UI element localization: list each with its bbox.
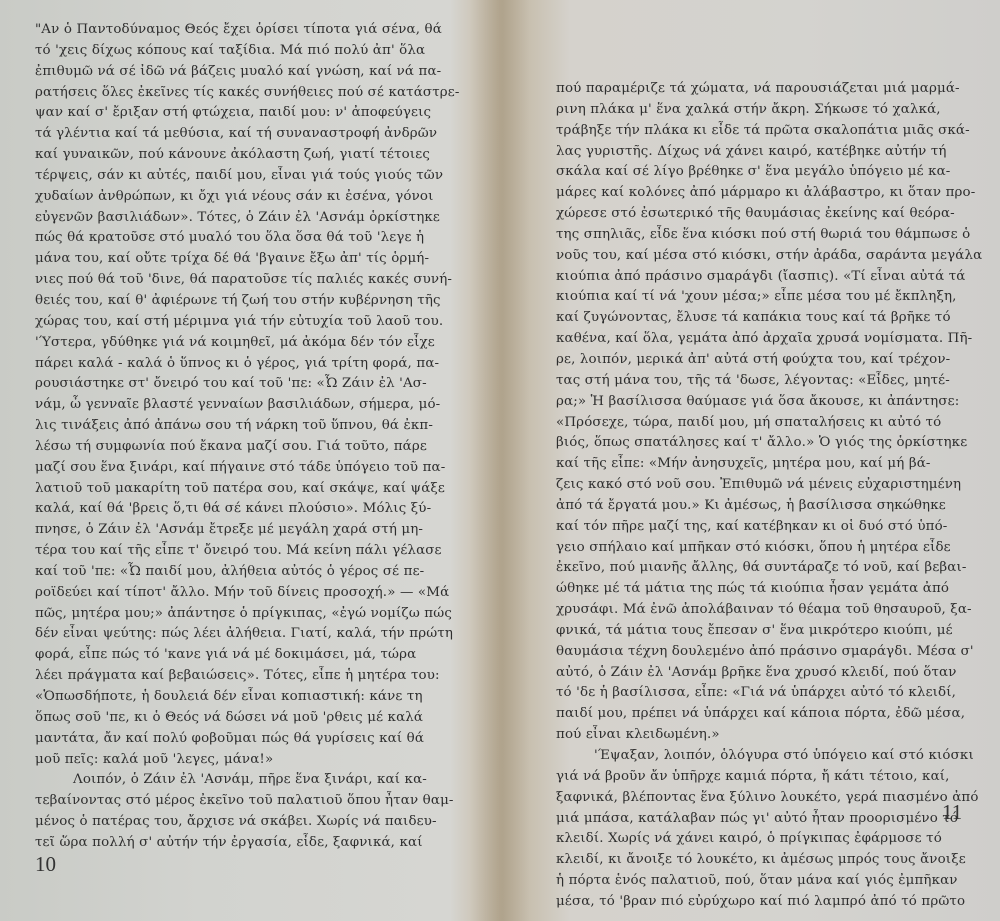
left-page-text: "Αν ὁ Παντοδύναμος Θεός ἔχει ὁρίσει τίπο… (35, 20, 475, 854)
text-line: «Πρόσεχε, τώρα, παιδί μου, μή σπαταλήσει… (556, 413, 984, 434)
text-line: κιούπια ἀπό πράσινο σμαράγδι (ἴασπις). «… (556, 267, 984, 288)
text-line: ώθηκε μέ τά μάτια της πώς τά κιούπια ἦσα… (556, 579, 984, 600)
text-line: ρατήσεις ὅλες ἐκεῖνες τίς κακές συνήθειε… (35, 83, 475, 104)
text-line: ἀπό τά ἔργατά μου.» Κι ἀμέσως, ἡ βασίλισ… (556, 496, 984, 517)
text-line: κιούπια καί τί νά 'χουν μέσα;» εἶπε μέσα… (556, 287, 984, 308)
text-line: θαυμάσια τέχνη δουλεμένο ἀπό πράσινο σμα… (556, 642, 984, 663)
text-line: καλά, καί θά 'βρεις ὅ,τι θά σέ κάνει πλο… (35, 499, 475, 520)
text-line: τέρψεις, σάν κι αὐτές, παιδί μου, εἶναι … (35, 166, 475, 187)
text-line: τέρα του καί τῆς εἶπε τ' ὄνειρό του. Μά … (35, 541, 475, 562)
text-line: καί τόν πῆρε μαζί της, καί κατέβηκαν κι … (556, 517, 984, 538)
text-line: φνικά, τά μάτια τους ἔπεσαν σ' ἕνα μικρό… (556, 621, 984, 642)
text-line: ἡ πόρτα ἑνός παλατιοῦ, πού, ὅταν μάνα κα… (556, 871, 984, 892)
text-line: τράβηξε τήν πλάκα κι εἶδε τά πρῶτα σκαλο… (556, 121, 984, 142)
text-line: 'Έψαξαν, λοιπόν, ὁλόγυρα στό ὑπόγειο καί… (556, 746, 984, 767)
text-line: μαντάτα, ἄν καί πολύ φοβοῦμαι πώς θά γυρ… (35, 729, 475, 750)
page-number-left: 10 (35, 852, 56, 877)
text-line: καθένα, καί ὅλα, γεμάτα ἀπό ἀρχαῖα χρυσά… (556, 329, 984, 350)
text-line: κλειδί. Χωρίς νά χάνει καιρό, ὁ πρίγκιπα… (556, 829, 984, 850)
text-line: λας γυριστῆς. Δίχως νά χάνει καιρό, κατέ… (556, 142, 984, 163)
text-line: μαζί σου ἕνα ξινάρι, καί πήγαινε στό τάδ… (35, 458, 475, 479)
text-line: μένος ὁ πατέρας του, ἄρχισε νά σκάβει. Χ… (35, 812, 475, 833)
text-line: χρυσάφι. Μά ἐνῶ ἀπολάβαιναν τό θέαμα τοῦ… (556, 600, 984, 621)
text-line: ἐκεῖνο, πού μιανῆς ἄλλης, θά συντάραζε τ… (556, 558, 984, 579)
text-line: τό 'χεις δίχως κόπους καί ταξίδια. Μά πι… (35, 41, 475, 62)
text-line: δέν εἶναι ψεύτης: πώς λέει ἀλήθεια. Γιατ… (35, 624, 475, 645)
text-line: ρουσιάστηκε στ' ὄνειρό του καί τοῦ 'πε: … (35, 374, 475, 395)
open-book-spread: "Αν ὁ Παντοδύναμος Θεός ἔχει ὁρίσει τίπο… (0, 0, 1000, 921)
text-line: λέει πράγματα καί βεβαιώσεις». Τότες, εἶ… (35, 666, 475, 687)
text-line: παιδί μου, πρέπει νά ὑπάρχει καί κάποια … (556, 704, 984, 725)
text-line: χώρας του, καί στή μέριμνα γιά τήν εὐτυχ… (35, 312, 475, 333)
text-line: ψαν καί σ' ἔριξαν στή φτώχεια, παιδί μου… (35, 103, 475, 124)
text-line: μάρες καί κολόνες ἀπό μάρμαρο κι ἀλάβαστ… (556, 183, 984, 204)
text-line: ρε, λοιπόν, μερικά ἀπ' αὐτά στή φούχτα τ… (556, 350, 984, 371)
text-line: κλειδί, κι ἄνοιξε τό λουκέτο, κι ἀμέσως … (556, 850, 984, 871)
text-line: λις τινάξεις ἀπό ἀπάνω σου τή νάρκη τοῦ … (35, 416, 475, 437)
right-page-text: πού παραμέριζε τά χώματα, νά παρουσιάζετ… (556, 79, 984, 913)
text-line: αὐτό, ὁ Ζάιν ἐλ 'Ασνάμ βρῆκε ἕνα χρυσό κ… (556, 663, 984, 684)
text-line: ἐπιθυμῶ νά σέ ἰδῶ νά βάζεις μυαλό καί γν… (35, 62, 475, 83)
text-line: πώς θά κρατοῦσε στό μυαλό του ὅλα ὅσα θά… (35, 228, 475, 249)
text-line: νοῦς του, καί μέσα στό κιόσκι, στήν ἀράδ… (556, 246, 984, 267)
text-line: γειο σπήλαιο καί μπῆκαν στό κιόσκι, ὅπου… (556, 538, 984, 559)
text-line: εὐγενῶν βασιλιάδων». Τότες, ὁ Ζάιν ἐλ 'Α… (35, 208, 475, 229)
text-line: πνησε, ὁ Ζάιν ἐλ 'Ασνάμ ἔτρεξε μέ μεγάλη… (35, 520, 475, 541)
text-line: καί τῆς εἶπε: «Μήν ἀνησυχεῖς, μητέρα μου… (556, 454, 984, 475)
left-page: "Αν ὁ Παντοδύναμος Θεός ἔχει ὁρίσει τίπο… (0, 0, 480, 921)
text-line: νιες πού θά τοῦ 'δινε, θά παρατοῦσε τίς … (35, 270, 475, 291)
text-line: σκάλα καί σέ λίγο βρέθηκε σ' ἕνα μεγάλο … (556, 162, 984, 183)
text-line: "Αν ὁ Παντοδύναμος Θεός ἔχει ὁρίσει τίπο… (35, 20, 475, 41)
text-line: χυδαίων ἀνθρώπων, κι ὄχι γιά νέους σάν κ… (35, 187, 475, 208)
text-line: μοῦ πεῖς: καλά μοῦ 'λεγες, μάνα!» (35, 750, 475, 771)
text-line: καί ζυγώνοντας, ἔλυσε τά καπάκια τους κα… (556, 308, 984, 329)
right-page: πού παραμέριζε τά χώματα, νά παρουσιάζετ… (520, 0, 1000, 921)
text-line: τό 'δε ἡ βασίλισσα, εἶπε: «Γιά νά ὑπάρχε… (556, 683, 984, 704)
text-line: ροϊδεύει καί τίποτ' ἄλλο. Μήν τοῦ δίνεις… (35, 583, 475, 604)
text-line: νάμ, ὦ γενναῖε βλαστέ γενναίων βασιλιάδω… (35, 395, 475, 416)
text-line: πού εἶναι κλειδωμένη.» (556, 725, 984, 746)
text-line: ρα;» Ἡ βασίλισσα θαύμασε γιά ὅσα ἄκουσε,… (556, 392, 984, 413)
text-line: 'Ύστερα, γδύθηκε γιά νά κοιμηθεῖ, μά ἀκό… (35, 333, 475, 354)
text-line: τεῖ ὥρα πολλή σ' αὐτήν τήν ἐργασία, εἶδε… (35, 833, 475, 854)
text-line: τεβαίνοντας στό μέρος ἐκεῖνο τοῦ παλατιο… (35, 791, 475, 812)
text-line: πού παραμέριζε τά χώματα, νά παρουσιάζετ… (556, 79, 984, 100)
text-line: λατιοῦ τοῦ μακαρίτη τοῦ πατέρα σου, καί … (35, 479, 475, 500)
text-line: θειές του, καί θ' ἀφιέρωνε τή ζωή του στ… (35, 291, 475, 312)
text-line: τά γλέντια καί τά μεθύσια, καί τή συνανα… (35, 124, 475, 145)
text-line: πῶς, μητέρα μου;» ἀπάντησε ὁ πρίγκιπας, … (35, 604, 475, 625)
text-line: καί γυναικῶν, πού κάνουνε ἀκόλαστη ζωή, … (35, 145, 475, 166)
text-line: Λοιπόν, ὁ Ζάιν ἐλ 'Ασνάμ, πῆρε ἕνα ξινάρ… (35, 770, 475, 791)
text-line: «Ὁπωσδήποτε, ἡ δουλειά δέν εἶναι κοπιαστ… (35, 687, 475, 708)
text-line: μιά μπάσα, κατάλαβαν πώς γι' αὐτό ἦταν π… (556, 809, 984, 830)
text-line: τας στή μάνα του, τῆς τά 'δωσε, λέγοντας… (556, 371, 984, 392)
text-line: καί τοῦ 'πε: «Ὦ παιδί μου, ἀλήθεια αὐτός… (35, 562, 475, 583)
page-number-right: 11 (942, 800, 962, 825)
text-line: μάνα του, καί οὔτε τρίχα δέ θά 'βγαινε ἔ… (35, 249, 475, 270)
text-line: ὅπως σοῦ 'πε, κι ὁ Θεός νά δώσει νά μοῦ … (35, 708, 475, 729)
text-line: γιά νά βροῦν ἄν ὑπῆρχε καμιά πόρτα, ἤ κά… (556, 767, 984, 788)
text-line: λέσω τή συμφωνία πού ἔκανα μαζί σου. Γιά… (35, 437, 475, 458)
text-line: πάρει καλά - καλά ὁ ὕπνος κι ὁ γέρος, γι… (35, 354, 475, 375)
text-line: φορά, εἶπε πώς τό 'κανε γιά νά μέ δοκιμά… (35, 645, 475, 666)
text-line: ρινη πλάκα μ' ἕνα χαλκά στήν ἄκρη. Σήκωσ… (556, 100, 984, 121)
text-line: χώρεσε στό ἐσωτερικό τῆς θαυμάσιας ἐκείν… (556, 204, 984, 225)
text-line: μέσα, τό 'βραν πιό εὐρύχωρο καί πιό λαμπ… (556, 892, 984, 913)
text-line: ζεις κακό στό νοῦ σου. Ἐπιθυμῶ νά μένεις… (556, 475, 984, 496)
text-line: της σπηλιᾶς, εἶδε ἕνα κιόσκι πού στή θωρ… (556, 225, 984, 246)
text-line: βιός, ὅπως σπατάλησες καί τ' ἄλλο.» Ὁ γι… (556, 433, 984, 454)
text-line: ξαφνικά, βλέποντας ἕνα ξύλινο λουκέτο, γ… (556, 788, 984, 809)
